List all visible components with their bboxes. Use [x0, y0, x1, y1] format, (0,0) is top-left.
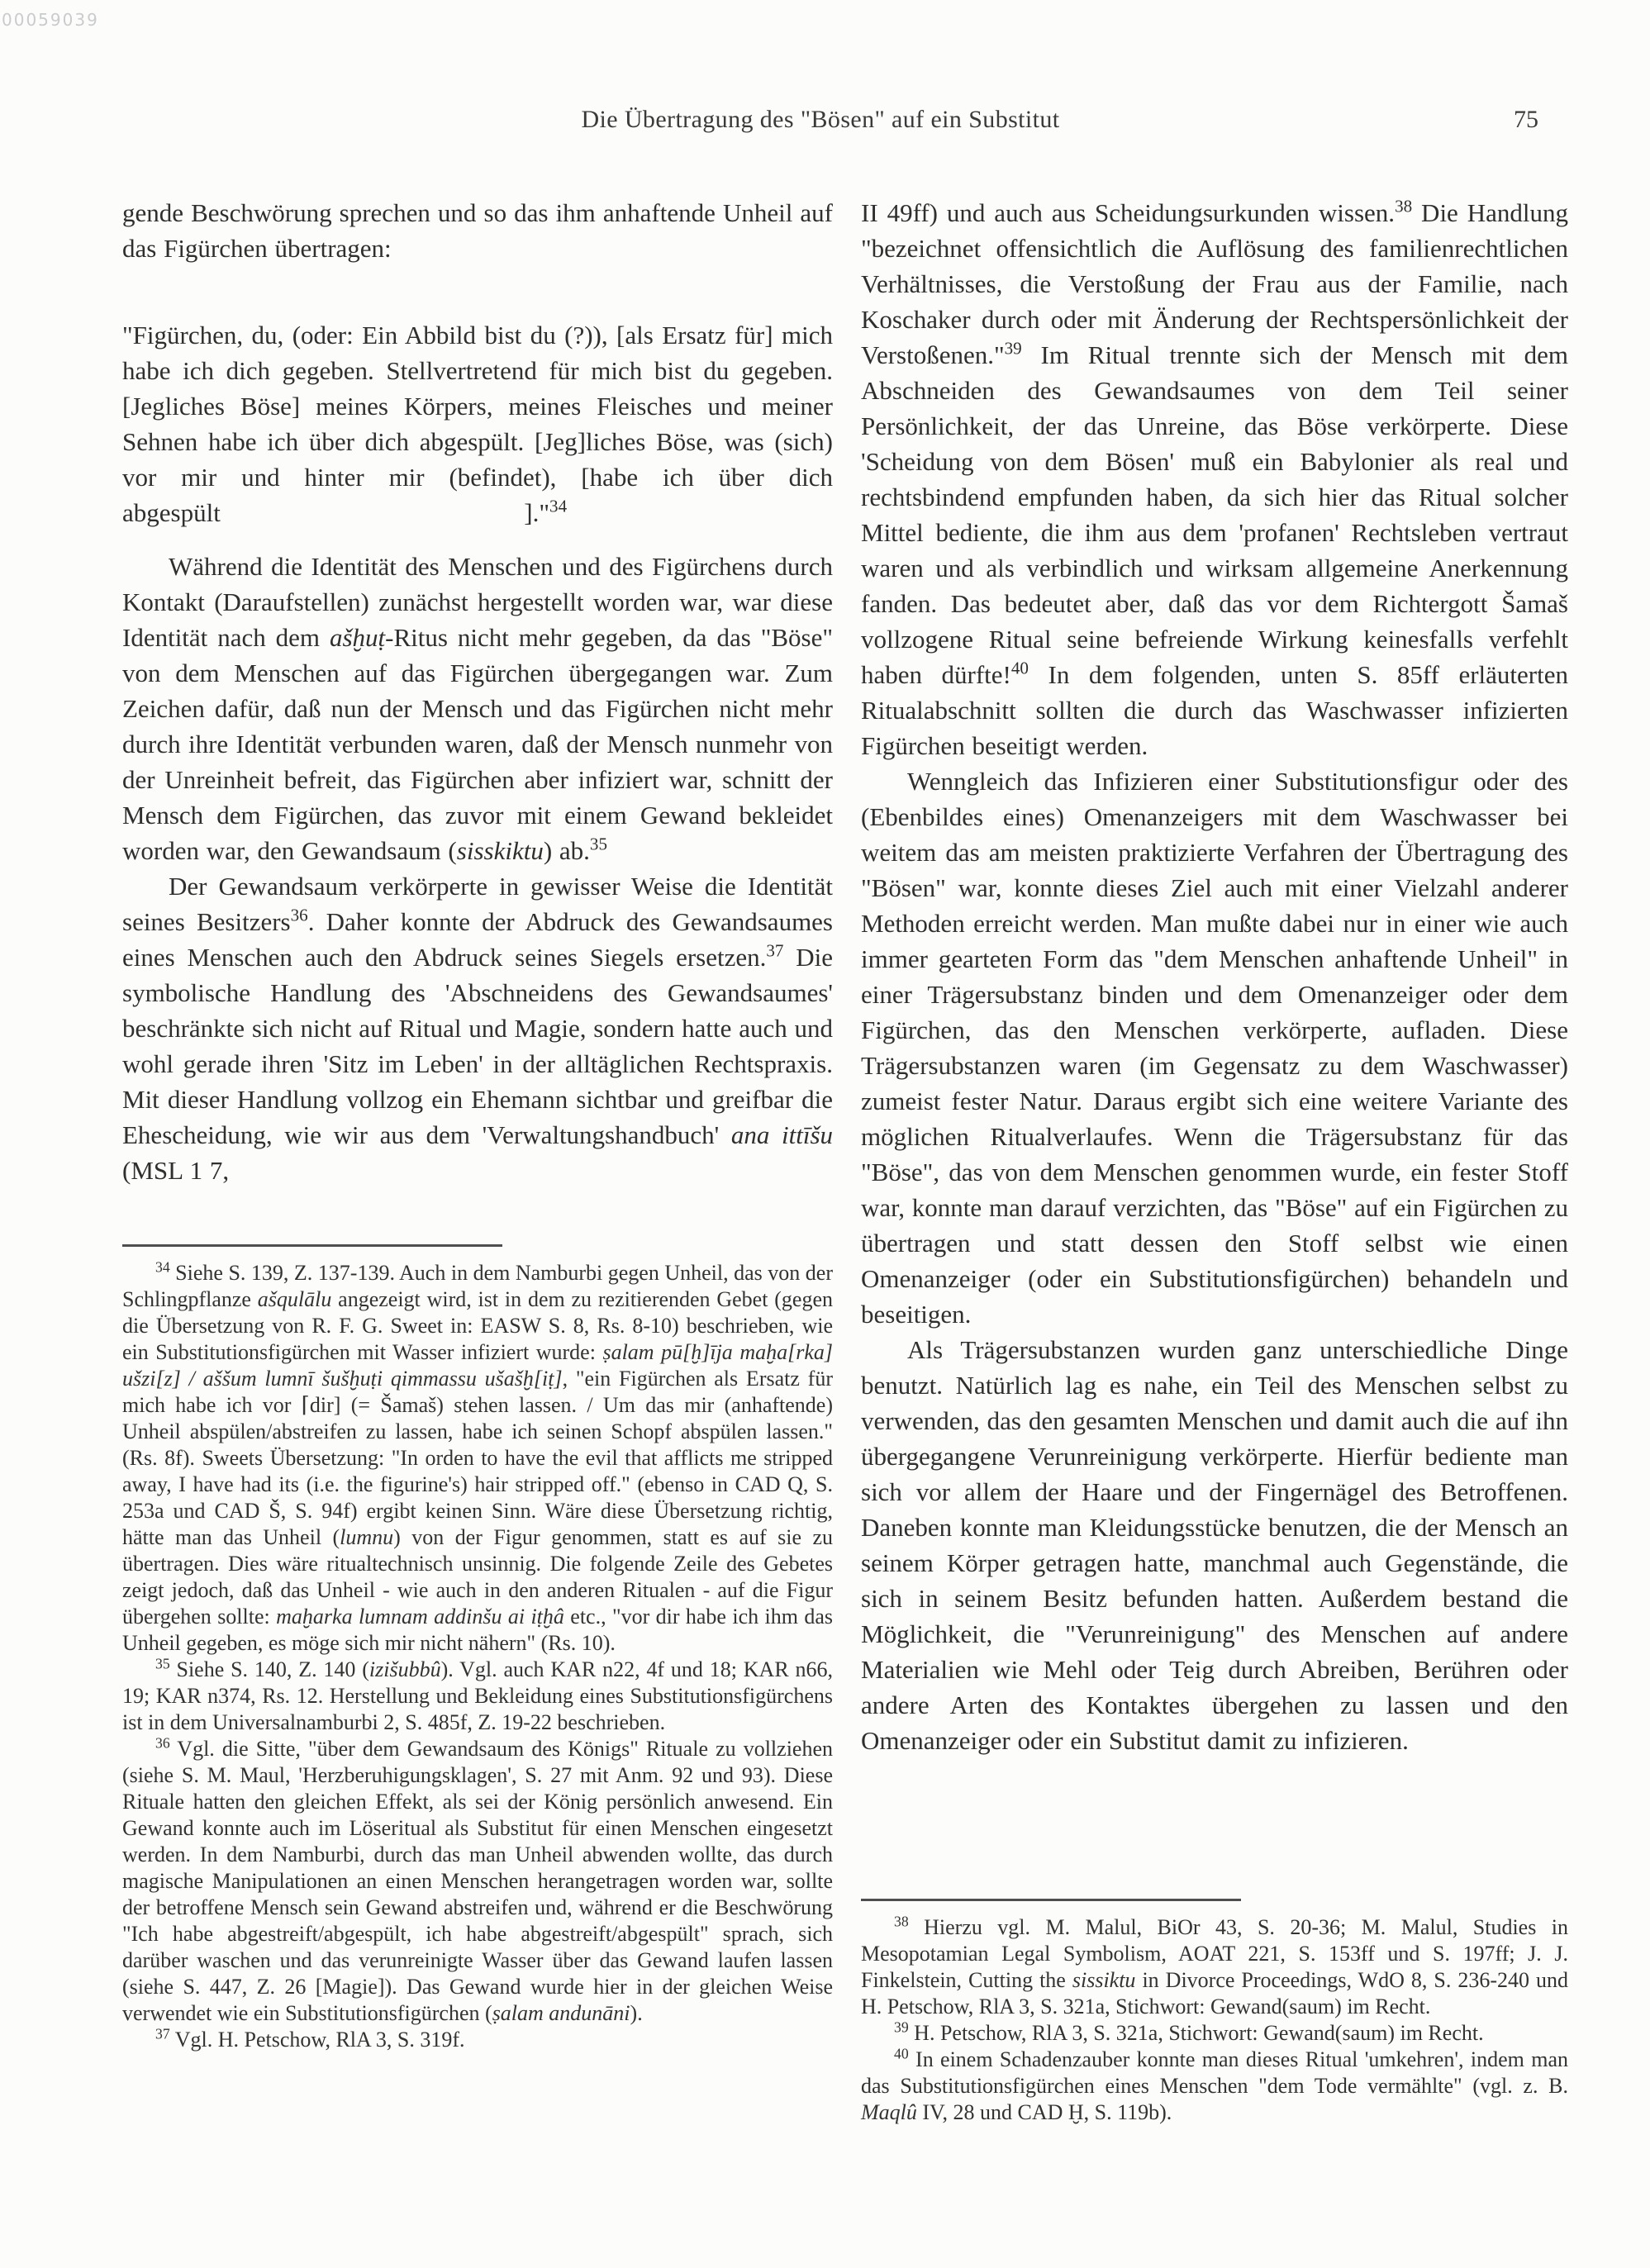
- scan-number-stamp: 00059039: [2, 10, 99, 30]
- footnote-39: 39 H. Petschow, RlA 3, S. 321a, Stichwor…: [861, 2020, 1568, 2047]
- left-footnote-block: 34 Siehe S. 139, Z. 137-139. Auch in dem…: [122, 1244, 833, 2053]
- footnote-35: 35 Siehe S. 140, Z. 140 (izišubbû). Vgl.…: [122, 1657, 833, 1736]
- left-column: gende Beschwörung sprechen und so das ih…: [122, 195, 833, 1188]
- scanned-book-page: { "scan_number": "00059039", "header": {…: [0, 0, 1650, 2268]
- body-paragraph: Während die Identität des Menschen und d…: [122, 549, 833, 868]
- incantation-quote-paragraph: "Figürchen, du, (oder: Ein Abbild bist d…: [122, 317, 833, 530]
- body-paragraph: Der Gewandsaum verkörperte in gewisser W…: [122, 868, 833, 1188]
- page-number: 75: [1514, 106, 1538, 134]
- body-paragraph: Als Trägersubstanzen wurden ganz untersc…: [861, 1332, 1568, 1758]
- body-paragraph-continuation: II 49ff) und auch aus Scheidungsurkunden…: [861, 195, 1568, 763]
- footnote-37: 37 Vgl. H. Petschow, RlA 3, S. 319f.: [122, 2027, 833, 2053]
- body-paragraph: Wenngleich das Infizieren einer Substitu…: [861, 763, 1568, 1332]
- footnote-38: 38 Hierzu vgl. M. Malul, BiOr 43, S. 20-…: [861, 1914, 1568, 2020]
- footnote-36: 36 Vgl. die Sitte, "über dem Gewandsaum …: [122, 1736, 833, 2027]
- running-header-title: Die Übertragung des "Bösen" auf ein Subs…: [122, 106, 1519, 134]
- right-footnote-block: 38 Hierzu vgl. M. Malul, BiOr 43, S. 20-…: [861, 1899, 1568, 2126]
- footnote-34: 34 Siehe S. 139, Z. 137-139. Auch in dem…: [122, 1260, 833, 1657]
- right-column: II 49ff) und auch aus Scheidungsurkunden…: [861, 195, 1568, 1758]
- body-paragraph-continuation: gende Beschwörung sprechen und so das ih…: [122, 195, 833, 266]
- footnote-separator: [122, 1244, 502, 1247]
- footnote-40: 40 In einem Schadenzauber konnte man die…: [861, 2047, 1568, 2126]
- footnote-separator: [861, 1899, 1241, 1901]
